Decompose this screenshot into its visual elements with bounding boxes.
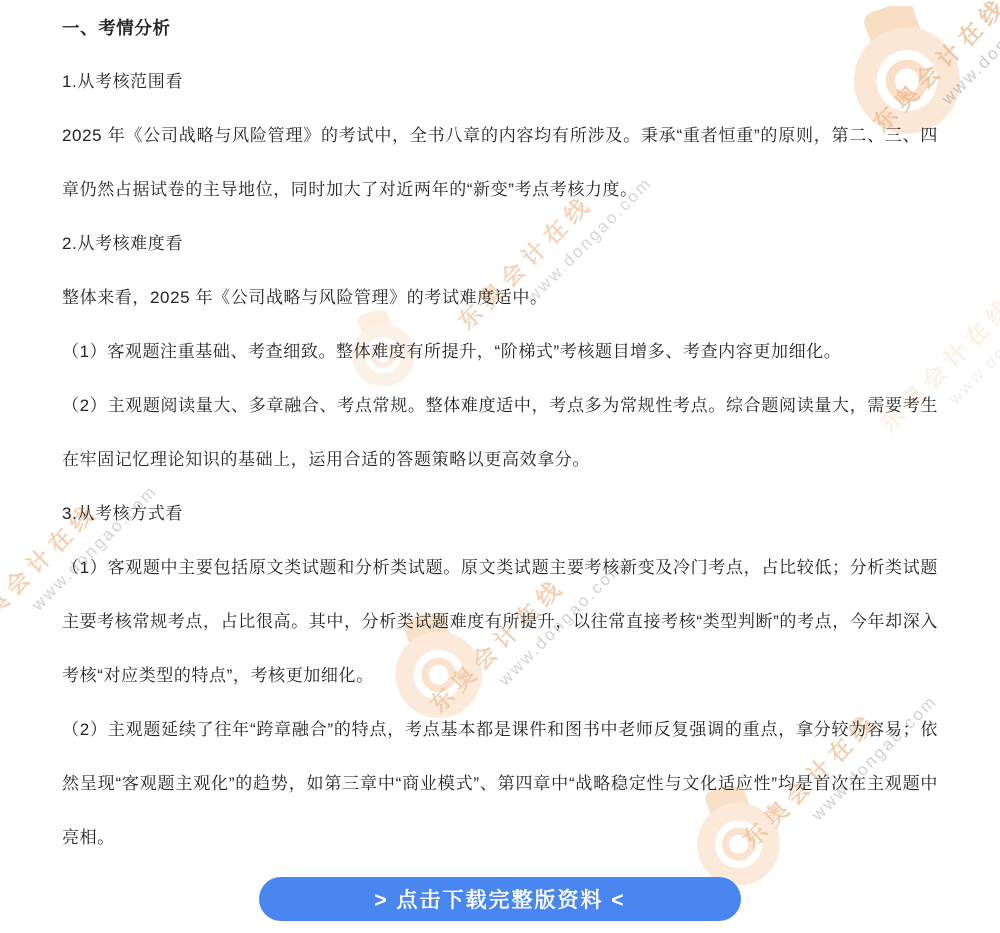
- download-button-row: > 点击下载完整版资料 <: [62, 877, 938, 921]
- section-1-paragraph-1: 2025 年《公司战略与风险管理》的考试中，全书八章的内容均有所涉及。秉承“重者…: [62, 109, 938, 217]
- section-2-paragraph-1: 整体来看，2025 年《公司战略与风险管理》的考试难度适中。: [62, 271, 938, 325]
- section-2-paragraph-2: （1）客观题注重基础、考查细致。整体难度有所提升，“阶梯式”考核题目增多、考查内…: [62, 325, 938, 379]
- download-complete-material-button[interactable]: > 点击下载完整版资料 <: [259, 877, 741, 921]
- section-2-heading: 2.从考核难度看: [62, 217, 938, 271]
- section-1-heading: 1.从考核范围看: [62, 55, 938, 109]
- document-content: 一、考情分析 1.从考核范围看 2025 年《公司战略与风险管理》的考试中，全书…: [0, 0, 1000, 921]
- section-2-paragraph-3: （2）主观题阅读量大、多章融合、考点常规。整体难度适中，考点多为常规性考点。综合…: [62, 379, 938, 487]
- section-3-paragraph-1: （1）客观题中主要包括原文类试题和分析类试题。原文类试题主要考核新变及冷门考点，…: [62, 541, 938, 703]
- section-3-paragraph-2: （2）主观题延续了往年“跨章融合”的特点，考点基本都是课件和图书中老师反复强调的…: [62, 703, 938, 865]
- section-3-heading: 3.从考核方式看: [62, 487, 938, 541]
- page-title: 一、考情分析: [62, 1, 938, 55]
